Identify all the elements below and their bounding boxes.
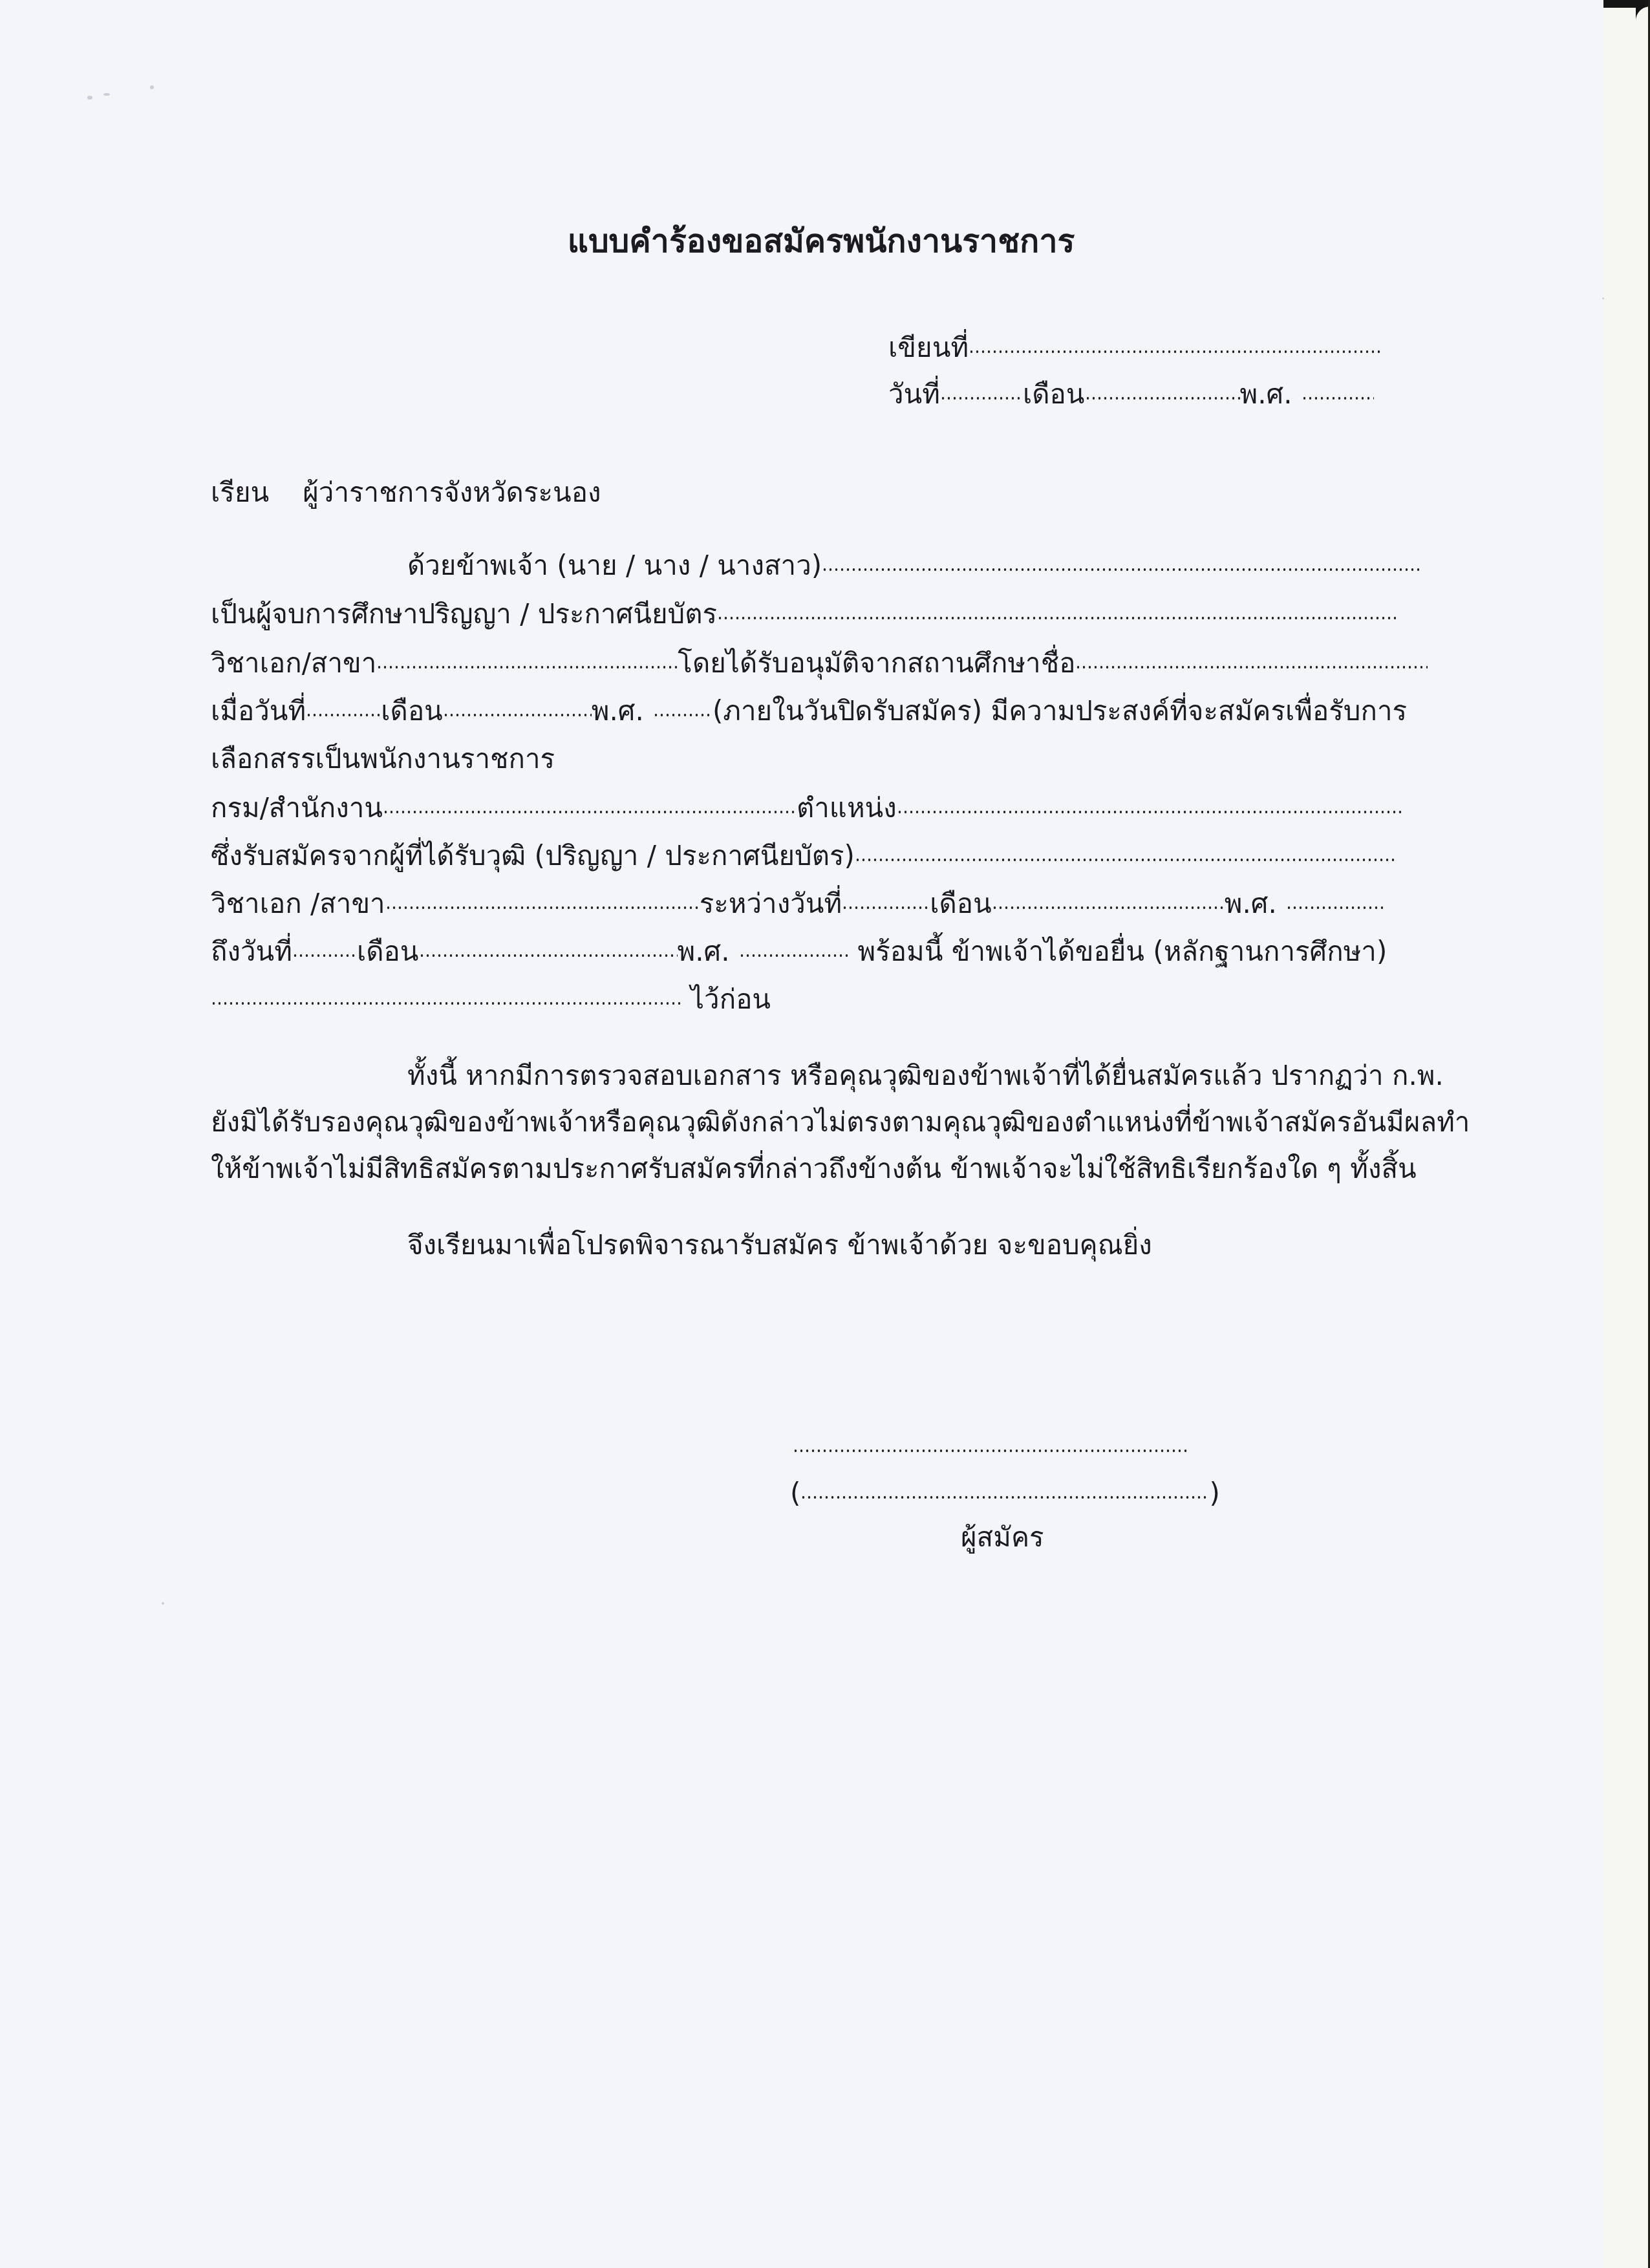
- year-label: พ.ศ.: [1240, 378, 1292, 410]
- date-label: วันที่: [888, 378, 940, 410]
- study-major-field[interactable]: [385, 886, 700, 913]
- department-field[interactable]: [383, 790, 797, 817]
- graduation-year-field[interactable]: [653, 693, 712, 720]
- printed-name-row: (): [790, 1474, 1220, 1513]
- closing-text: จึงเรียนมาเพื่อโปรดพิจารณารับสมัคร ข้าพเ…: [407, 1226, 1152, 1265]
- study-to-month-label: เดือน: [357, 936, 419, 967]
- study-major-label: วิชาเอก /สาขา: [211, 888, 385, 919]
- study-period-row: วิชาเอก /สาขาระหว่างวันที่เดือนพ.ศ.: [211, 884, 1383, 923]
- graduation-date-label: เมื่อวันที่: [211, 695, 306, 727]
- position-field[interactable]: [897, 790, 1404, 817]
- scan-speck: [103, 93, 110, 96]
- salutation-recipient: ผู้ว่าราชการจังหวัดระนอง: [303, 476, 601, 508]
- study-from-month-field[interactable]: [992, 886, 1225, 913]
- close-paren: ): [1209, 1477, 1219, 1509]
- form-title: แบบคำร้องขอสมัครพนักงานราชการ: [0, 219, 1642, 264]
- graduation-day-field[interactable]: [306, 693, 381, 720]
- major-label: วิชาเอก/สาขา: [211, 647, 376, 679]
- graduation-year-label: พ.ศ.: [592, 695, 644, 727]
- study-from-day-field[interactable]: [842, 886, 930, 913]
- graduation-note: (ภายในวันปิดรับสมัคร) มีความประสงค์ที่จะ…: [712, 695, 1407, 727]
- applicant-prefix-label: ด้วยข้าพเจ้า (นาย / นาง / นางสาว): [407, 550, 822, 581]
- qualification-field[interactable]: [855, 838, 1395, 865]
- education-row: เป็นผู้จบการศึกษาปริญญา / ประกาศนียบัตร: [211, 595, 1396, 634]
- salutation-row: เรียนผู้ว่าราชการจังหวัดระนอง: [211, 473, 601, 512]
- study-to-year-label: พ.ศ.: [678, 936, 730, 967]
- backing-sheet-edge: [1603, 0, 1650, 2268]
- declaration-line-3: ให้ข้าพเจ้าไม่มีสิทธิสมัครตามประกาศรับสม…: [211, 1150, 1417, 1188]
- scan-speck: [150, 85, 154, 89]
- education-field[interactable]: [717, 596, 1396, 623]
- scan-speck: [87, 96, 92, 100]
- signature-field[interactable]: [793, 1429, 1188, 1456]
- study-to-date-label: ถึงวันที่: [211, 936, 292, 967]
- evidence-suffix: ไว้ก่อน: [691, 983, 771, 1015]
- applicant-label: ผู้สมัคร: [961, 1518, 1044, 1557]
- major-field[interactable]: [376, 645, 678, 672]
- applicant-name-field[interactable]: [822, 548, 1420, 575]
- scan-speck: [162, 1602, 164, 1605]
- study-to-day-field[interactable]: [292, 934, 357, 961]
- department-label: กรม/สำนักงาน: [211, 792, 383, 824]
- study-to-year-field[interactable]: [739, 934, 849, 961]
- declaration-line-2: ยังมิได้รับรองคุณวุฒิของข้าพเจ้าหรือคุณว…: [211, 1103, 1470, 1142]
- study-from-year-field[interactable]: [1286, 886, 1383, 913]
- selection-text: เลือกสรรเป็นพนักงานราชการ: [211, 743, 555, 775]
- date-row: วันที่เดือนพ.ศ.: [888, 375, 1374, 414]
- approved-institution-label: โดยได้รับอนุมัติจากสถานศึกษาชื่อ: [678, 647, 1075, 679]
- signature-row: [793, 1428, 1188, 1466]
- position-label: ตำแหน่ง: [797, 792, 897, 824]
- selection-row: เลือกสรรเป็นพนักงานราชการ: [211, 740, 555, 778]
- salutation-label: เรียน: [211, 476, 269, 508]
- evidence-label: พร้อมนี้ ข้าพเจ้าได้ขอยื่น (หลักฐานการศึ…: [858, 936, 1387, 967]
- study-to-month-field[interactable]: [419, 934, 678, 961]
- study-from-date-label: ระหว่างวันที่: [700, 888, 842, 919]
- graduation-month-label: เดือน: [381, 695, 443, 727]
- date-month-field[interactable]: [1085, 376, 1240, 403]
- written-at-label: เขียนที่: [888, 332, 969, 363]
- qualification-row: ซึ่งรับสมัครจากผู้ที่ได้รับวุฒิ (ปริญญา …: [211, 837, 1395, 875]
- date-day-field[interactable]: [940, 376, 1023, 403]
- evidence-field[interactable]: [211, 981, 684, 1009]
- education-label: เป็นผู้จบการศึกษาปริญญา / ประกาศนียบัตร: [211, 598, 717, 630]
- declaration-line-1: ทั้งนี้ หากมีการตรวจสอบเอกสาร หรือคุณวุฒ…: [407, 1056, 1444, 1095]
- date-year-field[interactable]: [1302, 376, 1374, 403]
- written-at-field[interactable]: [969, 330, 1382, 357]
- written-at-row: เขียนที่: [888, 328, 1382, 367]
- institution-field[interactable]: [1075, 645, 1428, 672]
- qualification-label: ซึ่งรับสมัครจากผู้ที่ได้รับวุฒิ (ปริญญา …: [211, 840, 855, 872]
- applicant-name-row: ด้วยข้าพเจ้า (นาย / นาง / นางสาว): [407, 546, 1420, 585]
- graduation-month-field[interactable]: [443, 693, 592, 720]
- major-row: วิชาเอก/สาขาโดยได้รับอนุมัติจากสถานศึกษา…: [211, 644, 1428, 683]
- evidence-row: ไว้ก่อน: [211, 980, 771, 1019]
- study-end-row: ถึงวันที่เดือนพ.ศ.พร้อมนี้ ข้าพเจ้าได้ขอ…: [211, 932, 1387, 971]
- study-from-year-label: พ.ศ.: [1225, 888, 1277, 919]
- department-row: กรม/สำนักงานตำแหน่ง: [211, 789, 1404, 828]
- open-paren: (: [790, 1477, 800, 1509]
- scan-speck: [1602, 297, 1604, 299]
- study-from-month-label: เดือน: [930, 888, 992, 919]
- graduation-date-row: เมื่อวันที่เดือนพ.ศ.(ภายในวันปิดรับสมัคร…: [211, 692, 1407, 731]
- month-label: เดือน: [1023, 378, 1085, 410]
- printed-name-field[interactable]: [800, 1475, 1209, 1503]
